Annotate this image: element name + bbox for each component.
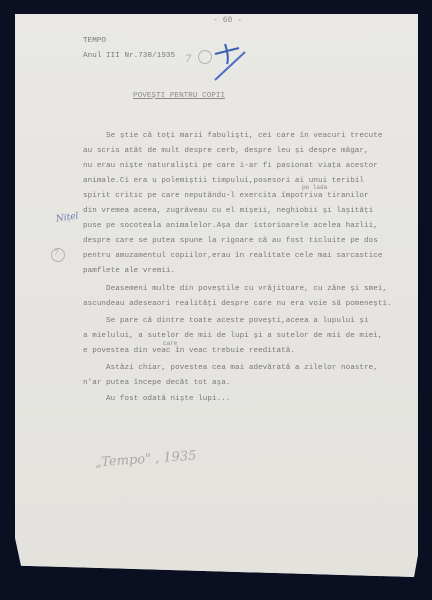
body-line: ascundeau adeseaori realități despre car… bbox=[83, 299, 392, 309]
body-line: n'ar putea începe decât tot așa. bbox=[83, 378, 230, 388]
body-line: puse pe socoteala animalelor.Așa dar ist… bbox=[83, 221, 378, 231]
margin-circled-number: 7 bbox=[54, 249, 58, 257]
body-line: pentru amuzamentul copiilor,erau în real… bbox=[83, 251, 382, 261]
handwritten-source-note: „Tempo" , 1935 bbox=[95, 448, 197, 470]
body-line: Au fost odată niște lupi... bbox=[83, 394, 230, 404]
body-line: e povestea din veac în veac trebuie reed… bbox=[83, 346, 295, 356]
publication-name: TEMPO bbox=[83, 36, 106, 46]
insertion-note: pe lada bbox=[302, 184, 327, 191]
body-line: a mielului, a sutelor de mii de lupi și … bbox=[83, 331, 382, 341]
blue-ink-mark bbox=[211, 38, 261, 88]
body-line: despre care se putea spune la rigoare că… bbox=[83, 236, 378, 246]
body-line: Se știe că toți marii fabuliști, cei car… bbox=[83, 131, 382, 141]
body-line: Se pare că dintre toate aceste povești,a… bbox=[83, 316, 369, 326]
page-number: - 60 - bbox=[213, 16, 242, 26]
issue-number: Anul III Nr.738/1935 bbox=[83, 51, 175, 61]
body-line: din vremea aceea, zugrăveau cu el mișeii… bbox=[83, 206, 373, 216]
check-mark-icon bbox=[211, 38, 261, 88]
document-page: - 60 - TEMPO Anul III Nr.738/1935 7 POVE… bbox=[15, 14, 418, 577]
margin-signature: Nițel bbox=[55, 211, 79, 224]
circled-number-mark bbox=[198, 50, 212, 64]
page-title: POVEȘTI PENTRU COPII bbox=[133, 91, 225, 101]
body-line: nu erau niște naturaliști pe care i-ar f… bbox=[83, 161, 378, 171]
body-line: pamflete ale vremii. bbox=[83, 266, 175, 276]
body-line: Astăzi chiar, povestea cea mai adevărată… bbox=[83, 363, 378, 373]
body-line: au scris atât de mult despre cerb, despr… bbox=[83, 146, 369, 156]
body-line: Deasemeni multe din poveștile cu vrăjito… bbox=[83, 284, 387, 294]
body-line: spirit critic pe care neputându-l exerci… bbox=[83, 191, 369, 201]
pencil-number: 7 bbox=[185, 54, 191, 65]
